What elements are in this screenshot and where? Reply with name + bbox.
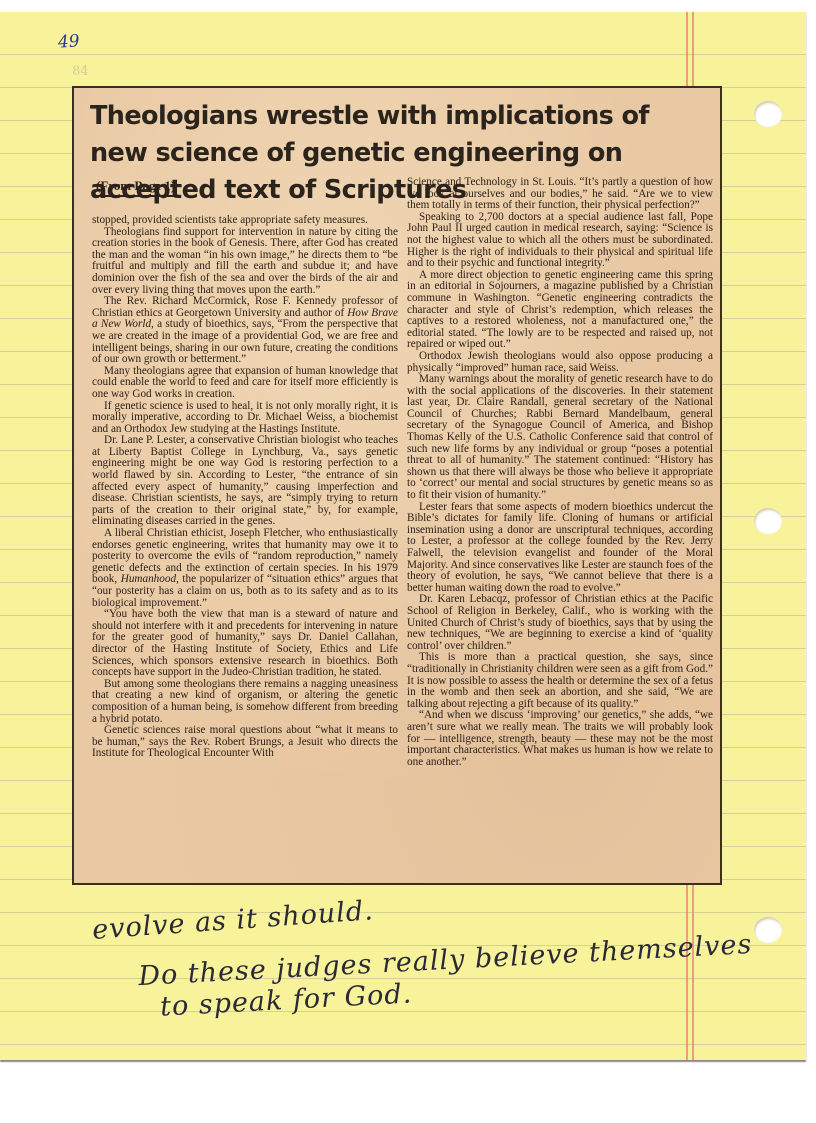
punch-hole	[754, 101, 782, 127]
article-paragraph: Dr. Karen Lebacqz, professor of Christia…	[407, 594, 713, 652]
punch-hole	[754, 917, 782, 943]
jump-label: (From Page 1)	[96, 178, 175, 197]
article-paragraph: “You have both the view that man is a st…	[92, 609, 398, 679]
book-title: How Brave a New World	[92, 307, 398, 331]
faint-mark: 84	[72, 64, 89, 79]
page-number: 49	[57, 31, 80, 52]
article-paragraph: But among some theologians there remains…	[92, 679, 398, 725]
newspaper-clipping: Theologians wrestle with implications of…	[72, 86, 722, 885]
right-column: Science and Technology in St. Louis. “It…	[407, 177, 713, 768]
article-paragraph: Science and Technology in St. Louis. “It…	[407, 177, 713, 212]
article-paragraph: Speaking to 2,700 doctors at a special a…	[407, 212, 713, 270]
article-paragraph: Many theologians agree that expansion of…	[92, 366, 398, 401]
article-paragraph: “And when we discuss ‘improving’ our gen…	[407, 710, 713, 768]
article-paragraph: The Rev. Richard McCormick, Rose F. Kenn…	[92, 296, 398, 366]
article-paragraph: If genetic science is used to heal, it i…	[92, 401, 398, 436]
article-paragraph: stopped, provided scientists take approp…	[92, 215, 398, 227]
article-paragraph: A more direct objection to genetic engin…	[407, 270, 713, 351]
article-paragraph: Lester fears that some aspects of modern…	[407, 502, 713, 595]
article-paragraph: Genetic sciences raise moral questions a…	[92, 725, 398, 760]
article-paragraph: Orthodox Jewish theologians would also o…	[407, 351, 713, 374]
punch-hole	[754, 508, 782, 534]
article-paragraph: Theologians find support for interventio…	[92, 227, 398, 297]
left-column: stopped, provided scientists take approp…	[92, 215, 398, 760]
article-paragraph: A liberal Christian ethicist, Joseph Fle…	[92, 528, 398, 609]
article-paragraph: Dr. Lane P. Lester, a conservative Chris…	[92, 435, 398, 528]
article-paragraph: Many warnings about the morality of gene…	[407, 374, 713, 502]
book-title: Humanhood	[121, 573, 176, 585]
article-paragraph: This is more than a practical question, …	[407, 652, 713, 710]
